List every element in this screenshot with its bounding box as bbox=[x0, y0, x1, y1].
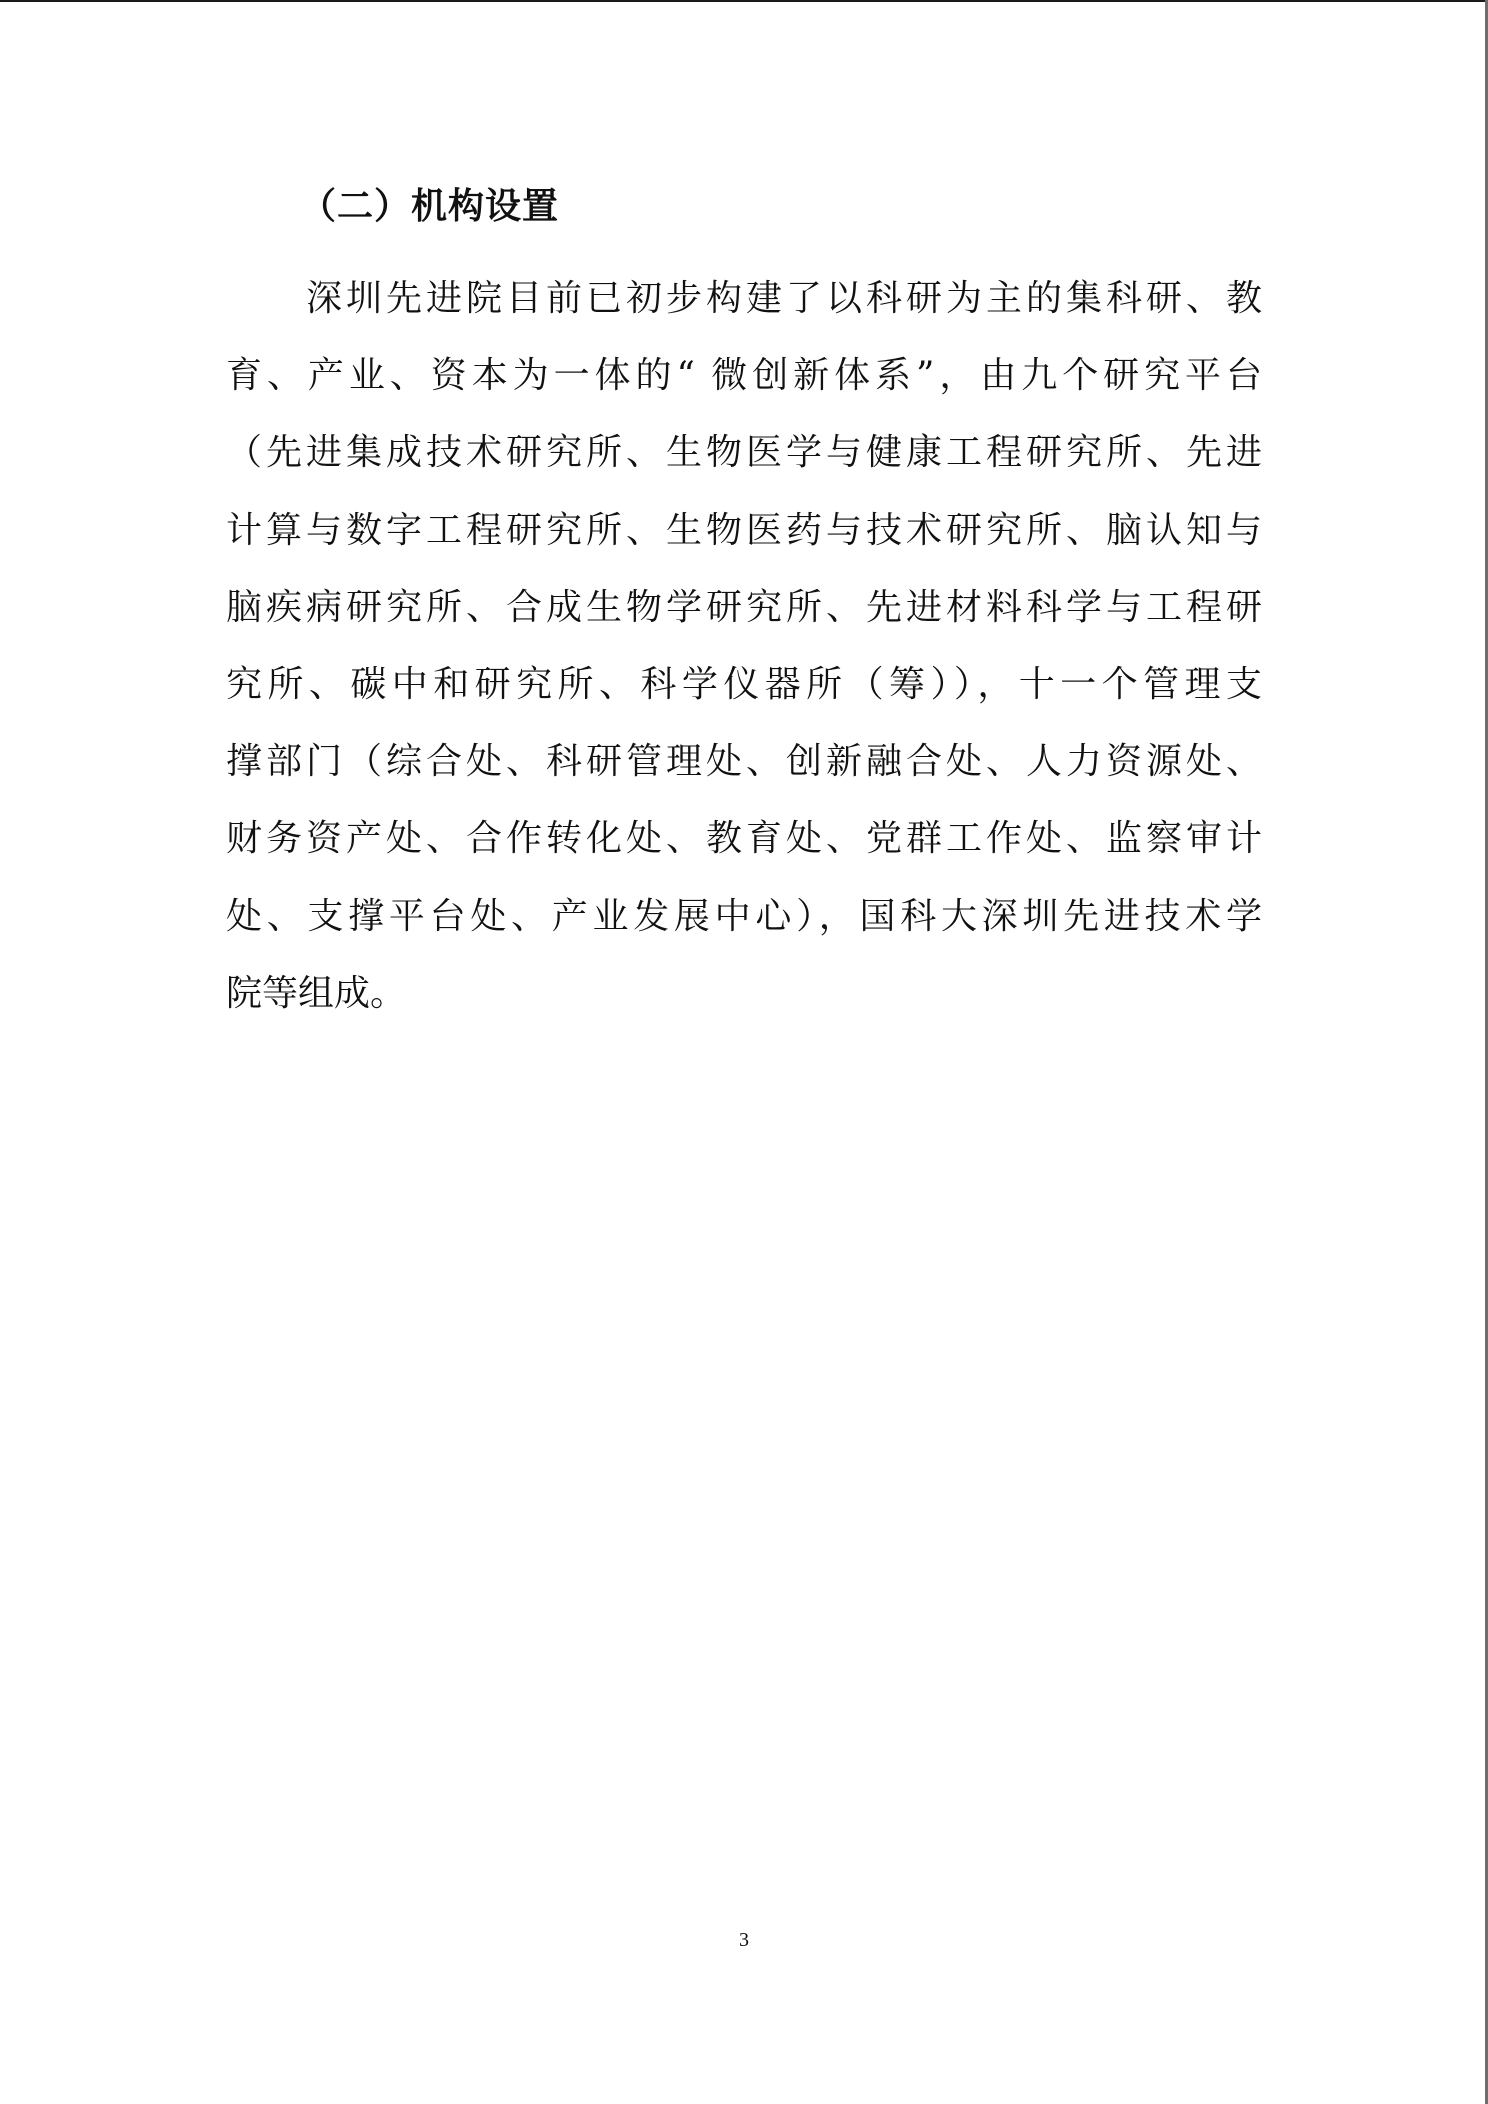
paragraph-line: 处、支撑平台处、产业发展中心），国科大深圳先进技术学 bbox=[226, 878, 1262, 955]
page-number: 3 bbox=[734, 1928, 754, 1952]
body-paragraph: 深圳先进院目前已初步构建了以科研为主的集科研、教 育、产业、资本为一体的“ 微创… bbox=[226, 260, 1262, 1032]
paragraph-line: 计算与数字工程研究所、生物医药与技术研究所、脑认知与 bbox=[226, 492, 1262, 569]
paragraph-line: 究所、碳中和研究所、科学仪器所（筹）），十一个管理支 bbox=[226, 646, 1262, 723]
document-page: （二）机构设置 深圳先进院目前已初步构建了以科研为主的集科研、教 育、产业、资本… bbox=[0, 0, 1485, 2104]
paragraph-line: （先进集成技术研究所、生物医学与健康工程研究所、先进 bbox=[226, 414, 1262, 491]
paragraph-line: 撑部门（综合处、科研管理处、创新融合处、人力资源处、 bbox=[226, 723, 1262, 800]
paragraph-line: 脑疾病研究所、合成生物学研究所、先进材料科学与工程研 bbox=[226, 569, 1262, 646]
paragraph-line: 育、产业、资本为一体的“ 微创新体系”，由九个研究平台 bbox=[226, 337, 1262, 414]
paragraph-line: 财务资产处、合作转化处、教育处、党群工作处、监察审计 bbox=[226, 800, 1262, 877]
paragraph-line: 院等组成。 bbox=[226, 955, 1262, 1032]
paragraph-line: 深圳先进院目前已初步构建了以科研为主的集科研、教 bbox=[226, 260, 1262, 337]
section-heading: （二）机构设置 bbox=[300, 182, 559, 230]
